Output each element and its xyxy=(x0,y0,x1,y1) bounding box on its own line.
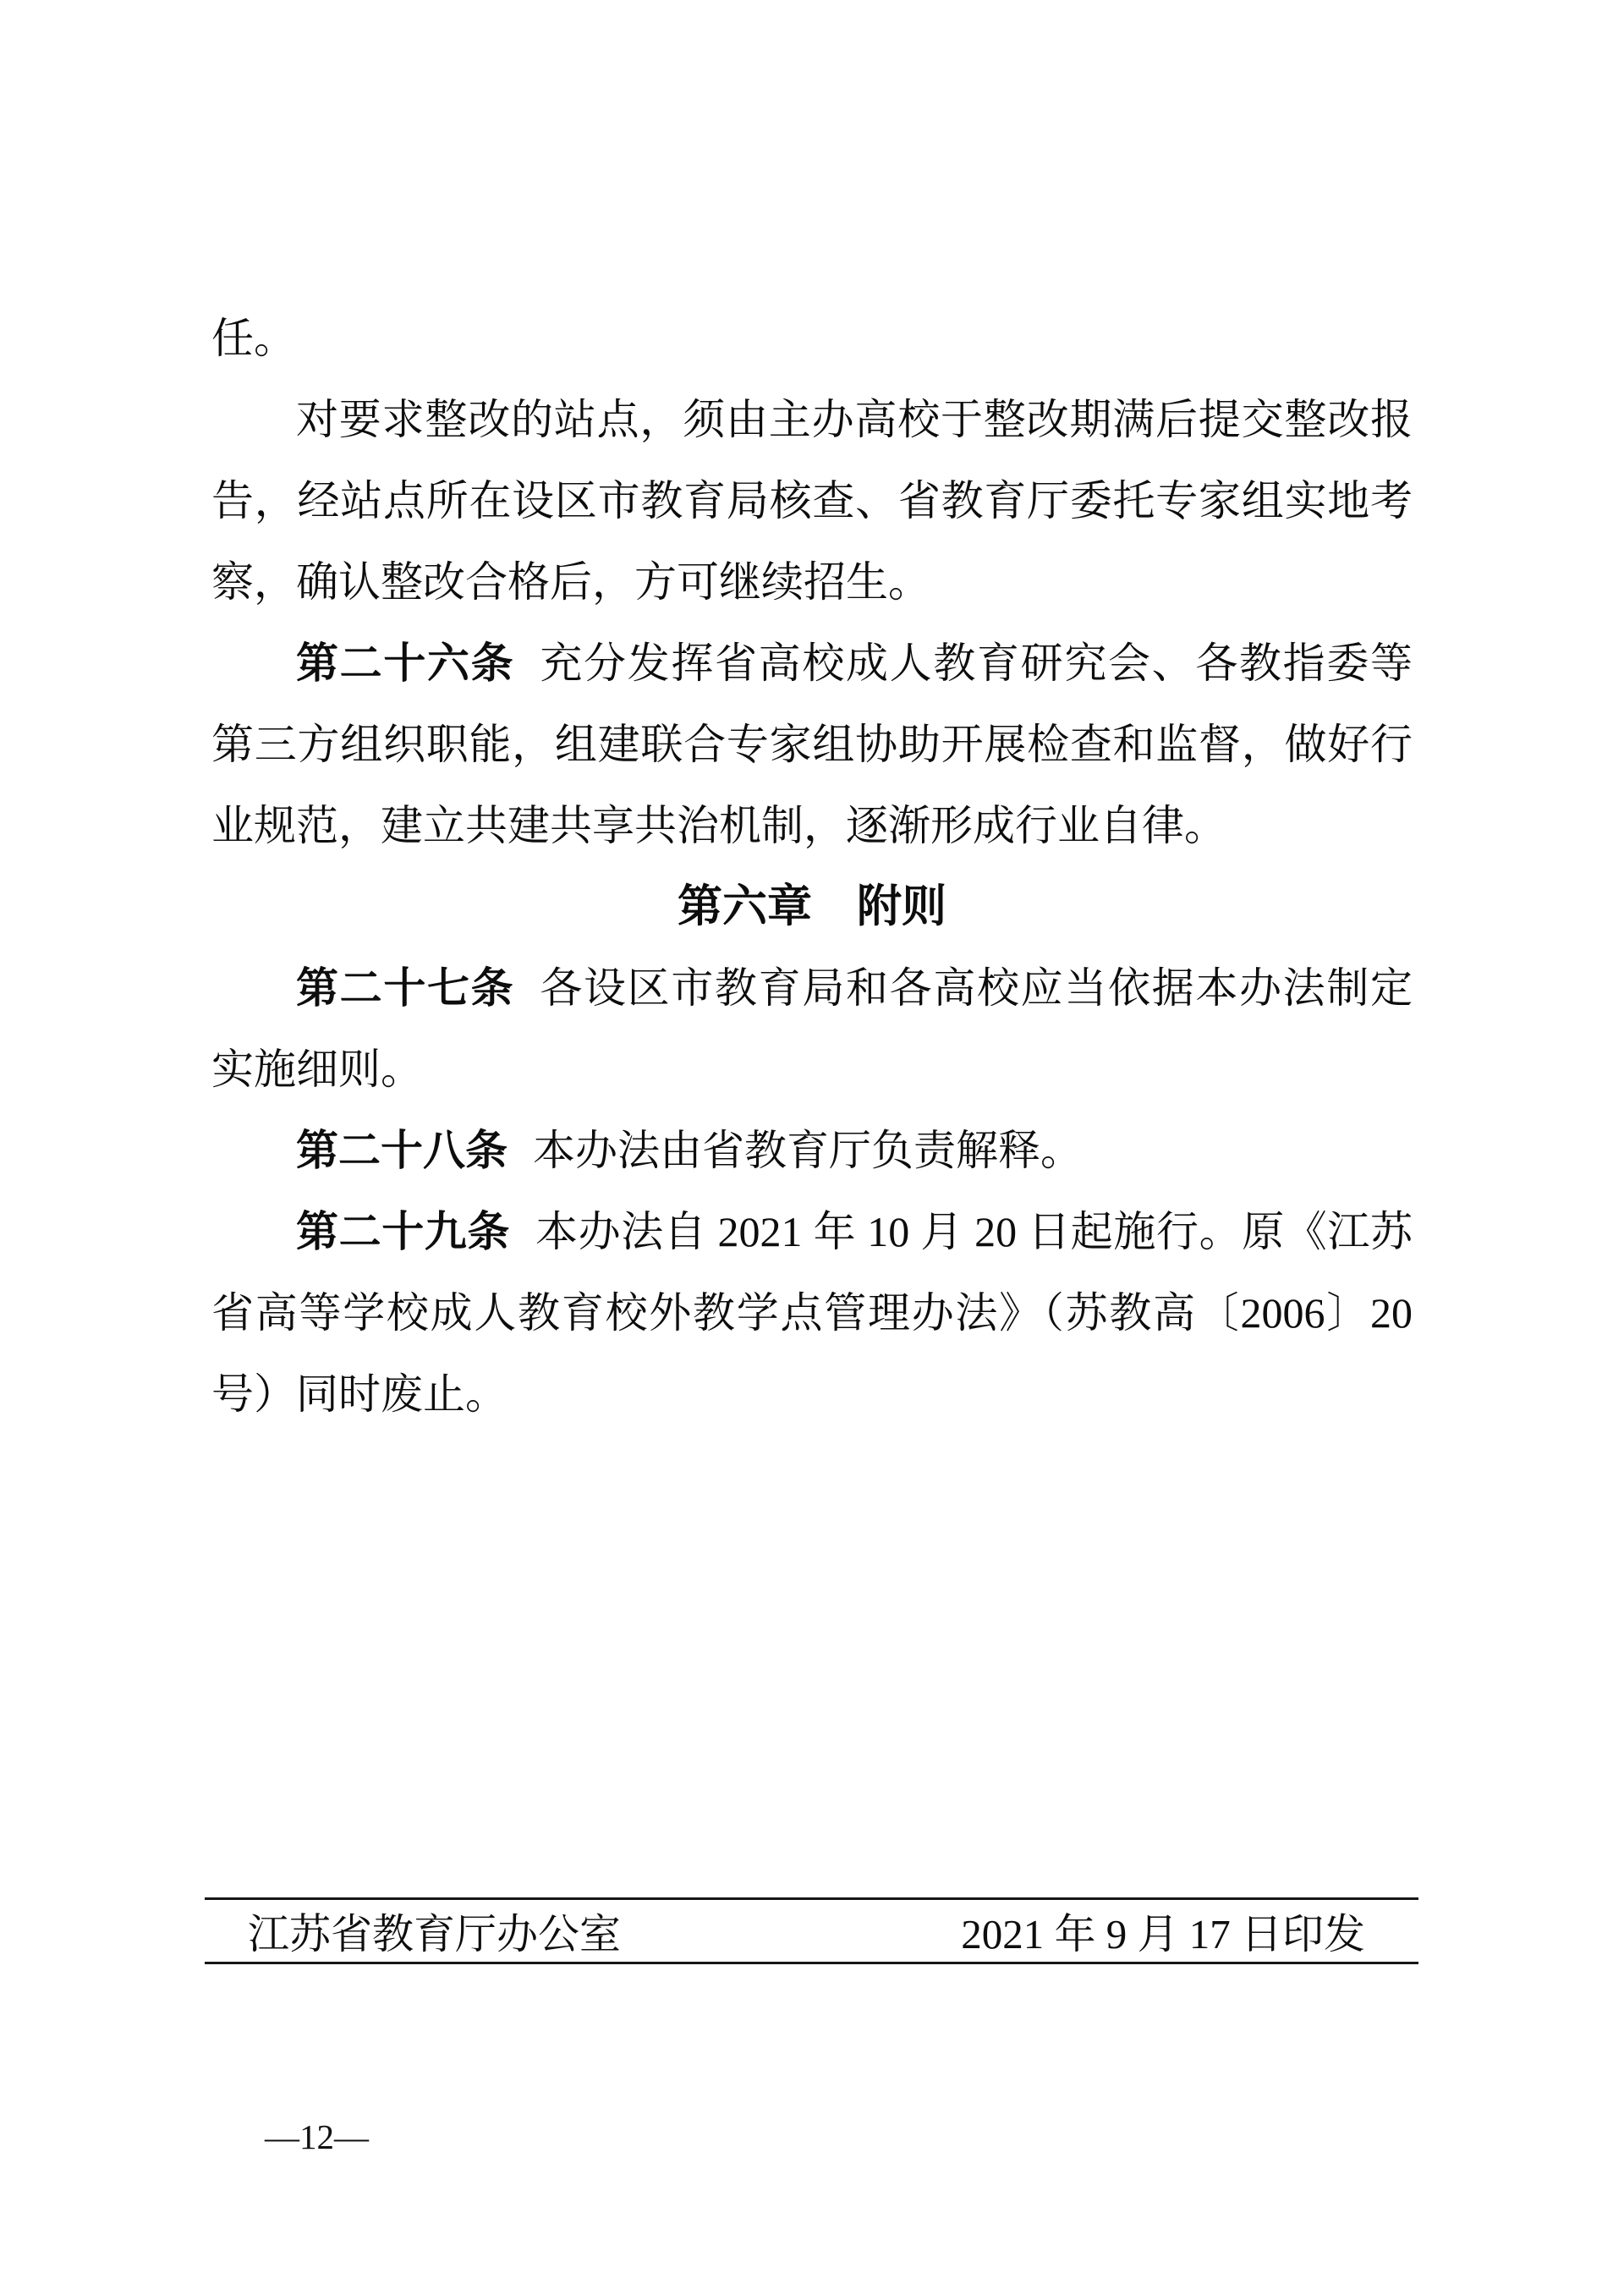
paragraph: 第二十六条充分发挥省高校成人教育研究会、各教指委等第三方组织职能，组建联合专家组… xyxy=(211,623,1413,866)
article-number: 第二十八条 xyxy=(296,1127,507,1174)
paragraph-text: 本办法由省教育厅负责解释。 xyxy=(533,1127,1083,1174)
chapter-heading: 第六章 附则 xyxy=(211,866,1413,947)
page-number: —12— xyxy=(265,2111,369,2162)
colophon-row: 江苏省教育厅办公室 2021 年 9 月 17 日印发 xyxy=(205,1900,1418,1962)
document-body: 任。 对要求整改的站点，须由主办高校于整改期满后提交整改报告，经站点所在设区市教… xyxy=(211,298,1413,1435)
colophon-bottom-rule xyxy=(205,1962,1418,1964)
print-date: 2021 年 9 月 17 日印发 xyxy=(961,1902,1365,1961)
paragraph: 第二十九条本办法自 2021 年 10 月 20 日起施行。原《江苏省高等学校成… xyxy=(211,1191,1413,1435)
paragraph-text: 对要求整改的站点，须由主办高校于整改期满后提交整改报告，经站点所在设区市教育局核… xyxy=(211,396,1413,606)
paragraph: 对要求整改的站点，须由主办高校于整改期满后提交整改报告，经站点所在设区市教育局核… xyxy=(211,379,1413,623)
colophon: 江苏省教育厅办公室 2021 年 9 月 17 日印发 xyxy=(205,1897,1418,1964)
paragraph: 第二十七条各设区市教育局和各高校应当依据本办法制定实施细则。 xyxy=(211,947,1413,1110)
article-number: 第二十九条 xyxy=(296,1208,510,1255)
article-number: 第二十七条 xyxy=(296,964,514,1012)
paragraph: 第二十八条本办法由省教育厅负责解释。 xyxy=(211,1110,1413,1191)
article-number: 第二十六条 xyxy=(296,640,514,687)
paragraph: 任。 xyxy=(211,298,1413,379)
document-page: 任。 对要求整改的站点，须由主办高校于整改期满后提交整改报告，经站点所在设区市教… xyxy=(0,0,1624,2295)
issuing-office: 江苏省教育厅办公室 xyxy=(248,1902,621,1961)
paragraph-text: 任。 xyxy=(211,315,296,362)
